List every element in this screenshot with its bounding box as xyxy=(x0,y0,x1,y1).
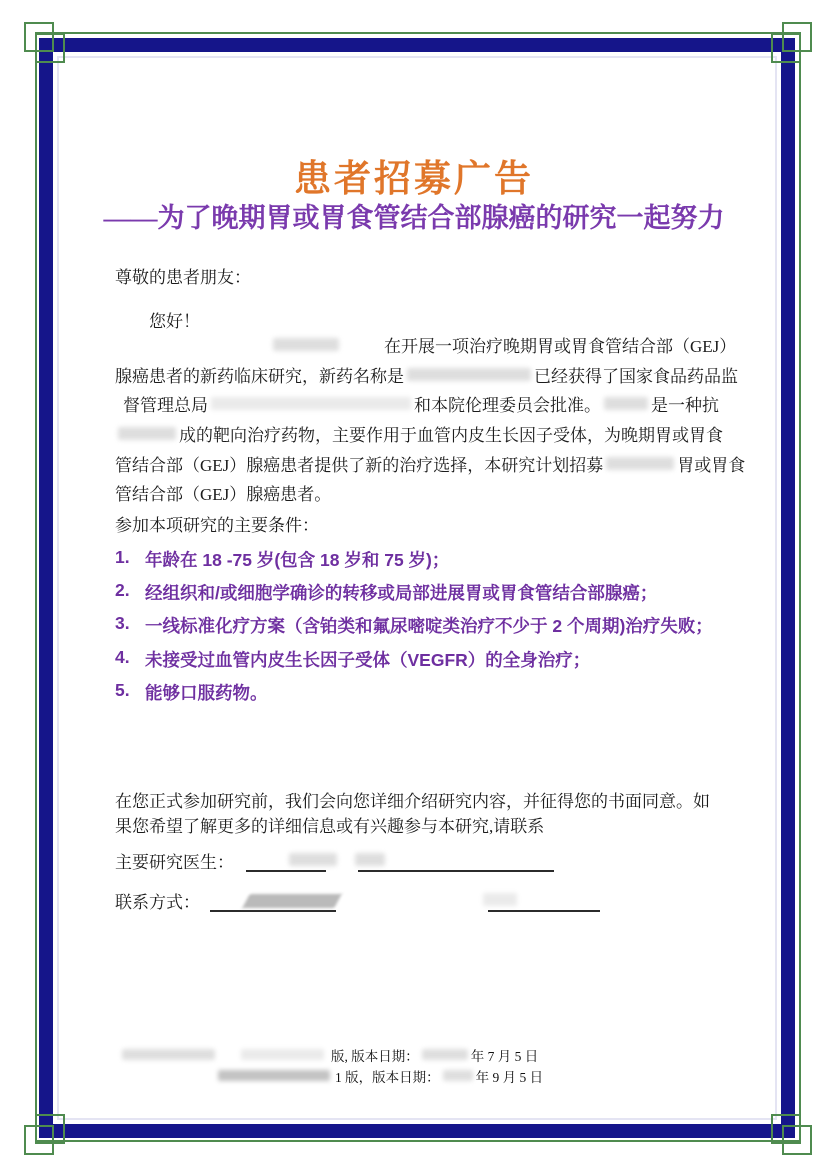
condition-number: 2. xyxy=(115,580,145,601)
condition-text: 能够口服药物。 xyxy=(145,680,268,705)
body-text: 胃或胃食 xyxy=(677,451,745,476)
greeting-text: 您好！ xyxy=(149,307,200,332)
condition-text: 一线标准化疗方案（含铂类和氟尿嘧啶类治疗不少于 2 个周期)治疗失败； xyxy=(145,613,713,638)
condition-text: 未接受过血管内皮生长因子受体（VEGFR）的全身治疗； xyxy=(145,647,590,672)
condition-item: 1. 年龄在 18 -75 岁(包含 18 岁和 75 岁)； xyxy=(115,547,727,580)
redacted-drug-name xyxy=(407,368,531,381)
spacer xyxy=(115,403,123,404)
condition-text: 经组织和/或细胞学确诊的转移或局部进展胃或胃食管结合部腺癌； xyxy=(145,580,657,605)
spacer xyxy=(336,912,488,913)
body-text: 是一种抗 xyxy=(651,391,719,416)
condition-item: 5. 能够口服药物。 xyxy=(115,680,727,713)
contact-row: 联系方式： xyxy=(115,888,600,913)
page-subtitle: ——为了晚期胃或胃食管结合部腺癌的研究一起努力 xyxy=(0,196,828,235)
condition-item: 4. 未接受过血管内皮生长因子受体（VEGFR）的全身治疗； xyxy=(115,647,727,680)
text-line: 在开展一项治疗晚期胃或胃食管结合部（GEJ） xyxy=(115,330,721,360)
spacer xyxy=(326,872,358,873)
body-text: 成的靶向治疗药物，主要作用于血管内皮生长因子受体，为晚期胃或胃食 xyxy=(179,421,723,446)
redacted-text xyxy=(241,1049,324,1060)
indent-spacer xyxy=(115,344,270,345)
intro-paragraph: 在开展一项治疗晚期胃或胃食管结合部（GEJ） 腺癌患者的新药临床研究，新药名称是… xyxy=(115,330,721,508)
condition-number: 3. xyxy=(115,613,145,634)
redacted-year xyxy=(443,1070,473,1081)
closing-paragraph: 在您正式参加研究前，我们会向您详细介绍研究内容，并征得您的书面同意。如果您希望了… xyxy=(115,789,719,839)
conditions-heading: 参加本项研究的主要条件： xyxy=(115,511,319,536)
redacted-drug-name xyxy=(604,397,648,410)
corner-square xyxy=(35,33,65,63)
text-line: 管结合部（GEJ）腺癌患者提供了新的治疗选择，本研究计划招募 胃或胃食 xyxy=(115,448,721,478)
footer-text: 版, 版本日期： xyxy=(331,1045,419,1065)
contact-line xyxy=(210,890,336,912)
footer-text: 1 版，版本日期： xyxy=(335,1066,440,1086)
body-text: 在开展一项治疗晚期胃或胃食管结合部（GEJ） xyxy=(384,332,736,357)
body-text: 和本院伦理委员会批准。 xyxy=(414,391,601,416)
text-line: 腺癌患者的新药临床研究，新药名称是 已经获得了国家食品药品监 xyxy=(115,360,721,390)
footer-version-line: 1 版，版本日期： 年 9 月 5 日 xyxy=(215,1065,543,1086)
body-text: 管结合部（GEJ）腺癌患者提供了新的治疗选择，本研究计划招募 xyxy=(115,451,603,476)
spacer xyxy=(218,1054,238,1055)
corner-ornament-bottom-right xyxy=(762,1105,812,1155)
body-text: 管结合部（GEJ）腺癌患者。 xyxy=(115,480,331,505)
condition-text: 年龄在 18 -75 岁(包含 18 岁和 75 岁)； xyxy=(145,547,449,572)
corner-ornament-top-left xyxy=(24,22,74,72)
text-line: 管结合部（GEJ）腺癌患者。 xyxy=(115,478,721,508)
redacted-hospital-name xyxy=(273,338,339,351)
doctor-label: 主要研究医生： xyxy=(115,848,234,873)
page-title: 患者招募广告 xyxy=(0,148,828,202)
doctor-row: 主要研究医生： xyxy=(115,848,554,873)
redacted-number xyxy=(606,457,674,470)
text-line: 督管理总局 和本院伦理委员会批准。 是一种抗 xyxy=(115,389,721,419)
redacted-year xyxy=(422,1049,468,1060)
redacted-text xyxy=(355,853,385,866)
condition-number: 1. xyxy=(115,547,145,568)
redacted-doctor-name xyxy=(289,853,337,866)
body-text: 督管理总局 xyxy=(123,391,208,416)
conditions-list: 1. 年龄在 18 -75 岁(包含 18 岁和 75 岁)； 2. 经组织和/… xyxy=(115,547,727,713)
condition-number: 5. xyxy=(115,680,145,701)
condition-number: 4. xyxy=(115,647,145,668)
corner-square xyxy=(771,33,801,63)
corner-ornament-bottom-left xyxy=(24,1105,74,1155)
redacted-phone xyxy=(242,894,341,908)
corner-square xyxy=(771,1114,801,1144)
redacted-text xyxy=(211,397,411,410)
document-page: 患者招募广告 ——为了晚期胃或胃食管结合部腺癌的研究一起努力 尊敬的患者朋友： … xyxy=(0,0,828,1171)
salutation: 尊敬的患者朋友： xyxy=(115,263,251,288)
text-line: 成的靶向治疗药物，主要作用于血管内皮生长因子受体，为晚期胃或胃食 xyxy=(115,419,721,449)
condition-item: 2. 经组织和/或细胞学确诊的转移或局部进展胃或胃食管结合部腺癌； xyxy=(115,580,727,613)
contact-label: 联系方式： xyxy=(115,888,200,913)
body-text: 已经获得了国家食品药品监 xyxy=(534,362,738,387)
condition-item: 3. 一线标准化疗方案（含铂类和氟尿嘧啶类治疗不少于 2 个周期)治疗失败； xyxy=(115,613,727,646)
doctor-name-line xyxy=(246,850,326,872)
redacted-text xyxy=(118,427,176,440)
redacted-text xyxy=(483,893,517,906)
redacted-site-name xyxy=(218,1070,330,1081)
body-text: 腺癌患者的新药临床研究，新药名称是 xyxy=(115,362,404,387)
footer-version-block: 版, 版本日期： 年 7 月 5 日 1 版，版本日期： 年 9 月 5 日 xyxy=(119,1044,543,1086)
corner-square xyxy=(35,1114,65,1144)
footer-date: 年 9 月 5 日 xyxy=(476,1066,544,1086)
contact-line xyxy=(488,890,600,912)
spacer xyxy=(342,344,384,345)
doctor-name-line xyxy=(358,850,554,872)
corner-ornament-top-right xyxy=(762,22,812,72)
footer-date: 年 7 月 5 日 xyxy=(471,1045,539,1065)
footer-version-line: 版, 版本日期： 年 7 月 5 日 xyxy=(119,1044,543,1065)
redacted-protocol-id xyxy=(122,1049,215,1060)
